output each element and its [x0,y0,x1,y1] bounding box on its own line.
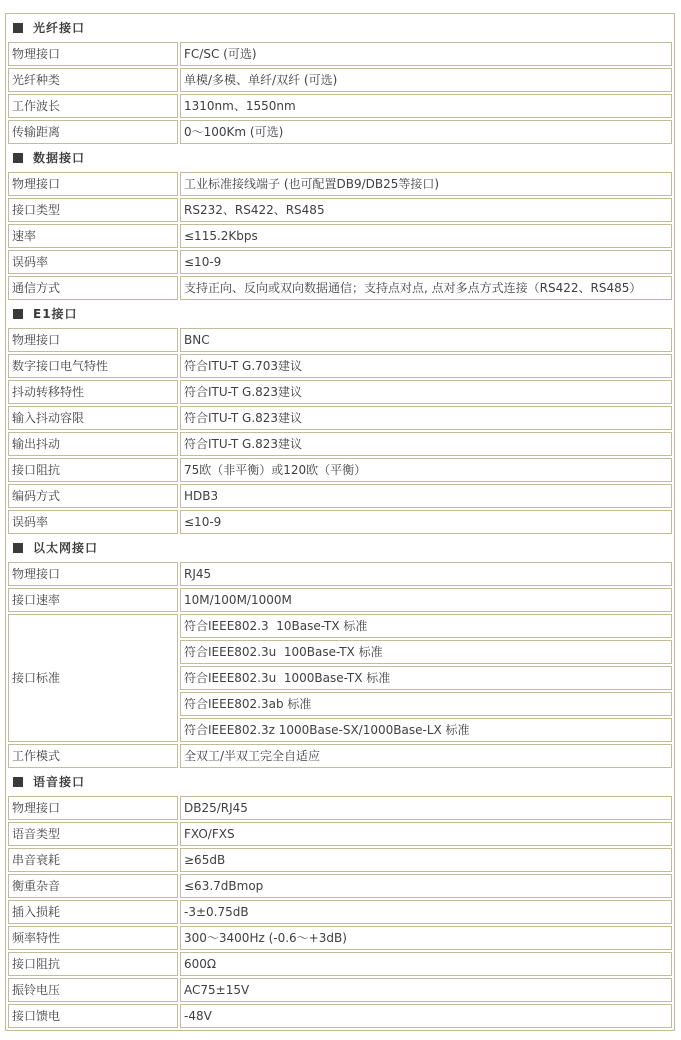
spec-row: 速率≤115.2Kbps [8,224,672,248]
spec-value: 符合ITU-T G.823建议 [180,432,672,456]
spec-value: BNC [180,328,672,352]
spec-value: 全双工/半双工完全自适应 [180,744,672,768]
section-header: 语音接口 [8,770,672,794]
spec-row: 工作波长1310nm、1550nm [8,94,672,118]
section-bullet-icon [13,543,23,553]
spec-value: AC75±15V [180,978,672,1002]
spec-value: 符合IEEE802.3z 1000Base-SX/1000Base-LX 标准 [180,718,672,742]
spec-row: 物理接口DB25/RJ45 [8,796,672,820]
section-bullet-icon [13,309,23,319]
spec-row: 误码率≤10-9 [8,510,672,534]
spec-label: 抖动转移特性 [8,380,178,404]
spec-value: ≤115.2Kbps [180,224,672,248]
spec-value: 75欧（非平衡）或120欧（平衡） [180,458,672,482]
spec-value: ≤63.7dBmop [180,874,672,898]
section-header: 光纤接口 [8,16,672,40]
section-header: 数据接口 [8,146,672,170]
section-title: E1接口 [33,307,78,321]
section-bullet-icon [13,23,23,33]
spec-row: 编码方式HDB3 [8,484,672,508]
spec-label: 接口类型 [8,198,178,222]
spec-row: 输出抖动符合ITU-T G.823建议 [8,432,672,456]
spec-row: 物理接口FC/SC (可选) [8,42,672,66]
spec-label: 误码率 [8,250,178,274]
spec-row: 传输距离0～100Km (可选) [8,120,672,144]
spec-row: 串音衰耗≥65dB [8,848,672,872]
spec-row: 输入抖动容限符合ITU-T G.823建议 [8,406,672,430]
spec-row: 接口类型RS232、RS422、RS485 [8,198,672,222]
spec-value: HDB3 [180,484,672,508]
spec-value: FC/SC (可选) [180,42,672,66]
section-title: 数据接口 [33,151,85,165]
spec-row: 通信方式支持正向、反向或双向数据通信；支持点对点, 点对多点方式连接（RS422… [8,276,672,300]
section-header: 以太网接口 [8,536,672,560]
section-header-row: 以太网接口 [8,536,672,560]
spec-row: 频率特性300～3400Hz (-0.6～+3dB) [8,926,672,950]
spec-label: 通信方式 [8,276,178,300]
spec-row: 物理接口工业标准接线端子 (也可配置DB9/DB25等接口) [8,172,672,196]
spec-label: 串音衰耗 [8,848,178,872]
spec-label: 接口阻抗 [8,458,178,482]
spec-value: 支持正向、反向或双向数据通信；支持点对点, 点对多点方式连接（RS422、RS4… [180,276,672,300]
spec-label: 工作波长 [8,94,178,118]
spec-label: 物理接口 [8,562,178,586]
spec-value: 符合ITU-T G.823建议 [180,380,672,404]
section-bullet-icon [13,153,23,163]
spec-label: 传输距离 [8,120,178,144]
spec-value: 符合IEEE802.3 10Base-TX 标准 [180,614,672,638]
section-bullet-icon [13,777,23,787]
spec-row: 抖动转移特性符合ITU-T G.823建议 [8,380,672,404]
spec-row: 工作模式全双工/半双工完全自适应 [8,744,672,768]
spec-value: 0～100Km (可选) [180,120,672,144]
spec-value: -48V [180,1004,672,1028]
spec-value: 符合IEEE802.3u 100Base-TX 标准 [180,640,672,664]
spec-label: 光纤种类 [8,68,178,92]
spec-value: 符合IEEE802.3ab 标准 [180,692,672,716]
spec-row: 光纤种类单模/多模、单纤/双纤 (可选) [8,68,672,92]
section-header-row: 光纤接口 [8,16,672,40]
spec-label: 频率特性 [8,926,178,950]
spec-label: 物理接口 [8,796,178,820]
spec-row: 振铃电压AC75±15V [8,978,672,1002]
spec-value: 符合ITU-T G.703建议 [180,354,672,378]
spec-row: 插入损耗-3±0.75dB [8,900,672,924]
section-header: E1接口 [8,302,672,326]
spec-label: 误码率 [8,510,178,534]
spec-value: 工业标准接线端子 (也可配置DB9/DB25等接口) [180,172,672,196]
spec-label: 振铃电压 [8,978,178,1002]
spec-value: 单模/多模、单纤/双纤 (可选) [180,68,672,92]
spec-value: 10M/100M/1000M [180,588,672,612]
spec-label: 接口标准 [8,614,178,742]
spec-row: 接口馈电-48V [8,1004,672,1028]
spec-value: ≥65dB [180,848,672,872]
spec-value: 符合IEEE802.3u 1000Base-TX 标准 [180,666,672,690]
spec-row: 接口速率10M/100M/1000M [8,588,672,612]
spec-label: 接口阻抗 [8,952,178,976]
spec-value: FXO/FXS [180,822,672,846]
spec-table: 光纤接口物理接口FC/SC (可选)光纤种类单模/多模、单纤/双纤 (可选)工作… [5,13,675,1031]
spec-row: 物理接口BNC [8,328,672,352]
spec-row: 误码率≤10-9 [8,250,672,274]
spec-value: 符合ITU-T G.823建议 [180,406,672,430]
spec-row: 语音类型FXO/FXS [8,822,672,846]
spec-value: RS232、RS422、RS485 [180,198,672,222]
spec-row: 物理接口RJ45 [8,562,672,586]
spec-value: 600Ω [180,952,672,976]
spec-value: ≤10-9 [180,510,672,534]
section-header-row: 数据接口 [8,146,672,170]
spec-label: 物理接口 [8,328,178,352]
spec-label: 衡重杂音 [8,874,178,898]
spec-value: ≤10-9 [180,250,672,274]
spec-value: 1310nm、1550nm [180,94,672,118]
spec-label: 工作模式 [8,744,178,768]
spec-row: 衡重杂音≤63.7dBmop [8,874,672,898]
spec-label: 物理接口 [8,42,178,66]
spec-label: 输出抖动 [8,432,178,456]
spec-value: RJ45 [180,562,672,586]
section-title: 语音接口 [33,775,85,789]
spec-label: 编码方式 [8,484,178,508]
spec-value: -3±0.75dB [180,900,672,924]
spec-label: 语音类型 [8,822,178,846]
spec-label: 数字接口电气特性 [8,354,178,378]
spec-label: 接口速率 [8,588,178,612]
spec-row: 数字接口电气特性符合ITU-T G.703建议 [8,354,672,378]
spec-label: 接口馈电 [8,1004,178,1028]
section-header-row: 语音接口 [8,770,672,794]
spec-row: 接口阻抗600Ω [8,952,672,976]
spec-label: 输入抖动容限 [8,406,178,430]
section-header-row: E1接口 [8,302,672,326]
section-title: 光纤接口 [33,21,85,35]
section-title: 以太网接口 [33,541,98,555]
spec-label: 物理接口 [8,172,178,196]
spec-label: 速率 [8,224,178,248]
spec-label: 插入损耗 [8,900,178,924]
spec-row: 接口标准符合IEEE802.3 10Base-TX 标准 [8,614,672,638]
spec-value: DB25/RJ45 [180,796,672,820]
spec-row: 接口阻抗75欧（非平衡）或120欧（平衡） [8,458,672,482]
spec-value: 300～3400Hz (-0.6～+3dB) [180,926,672,950]
